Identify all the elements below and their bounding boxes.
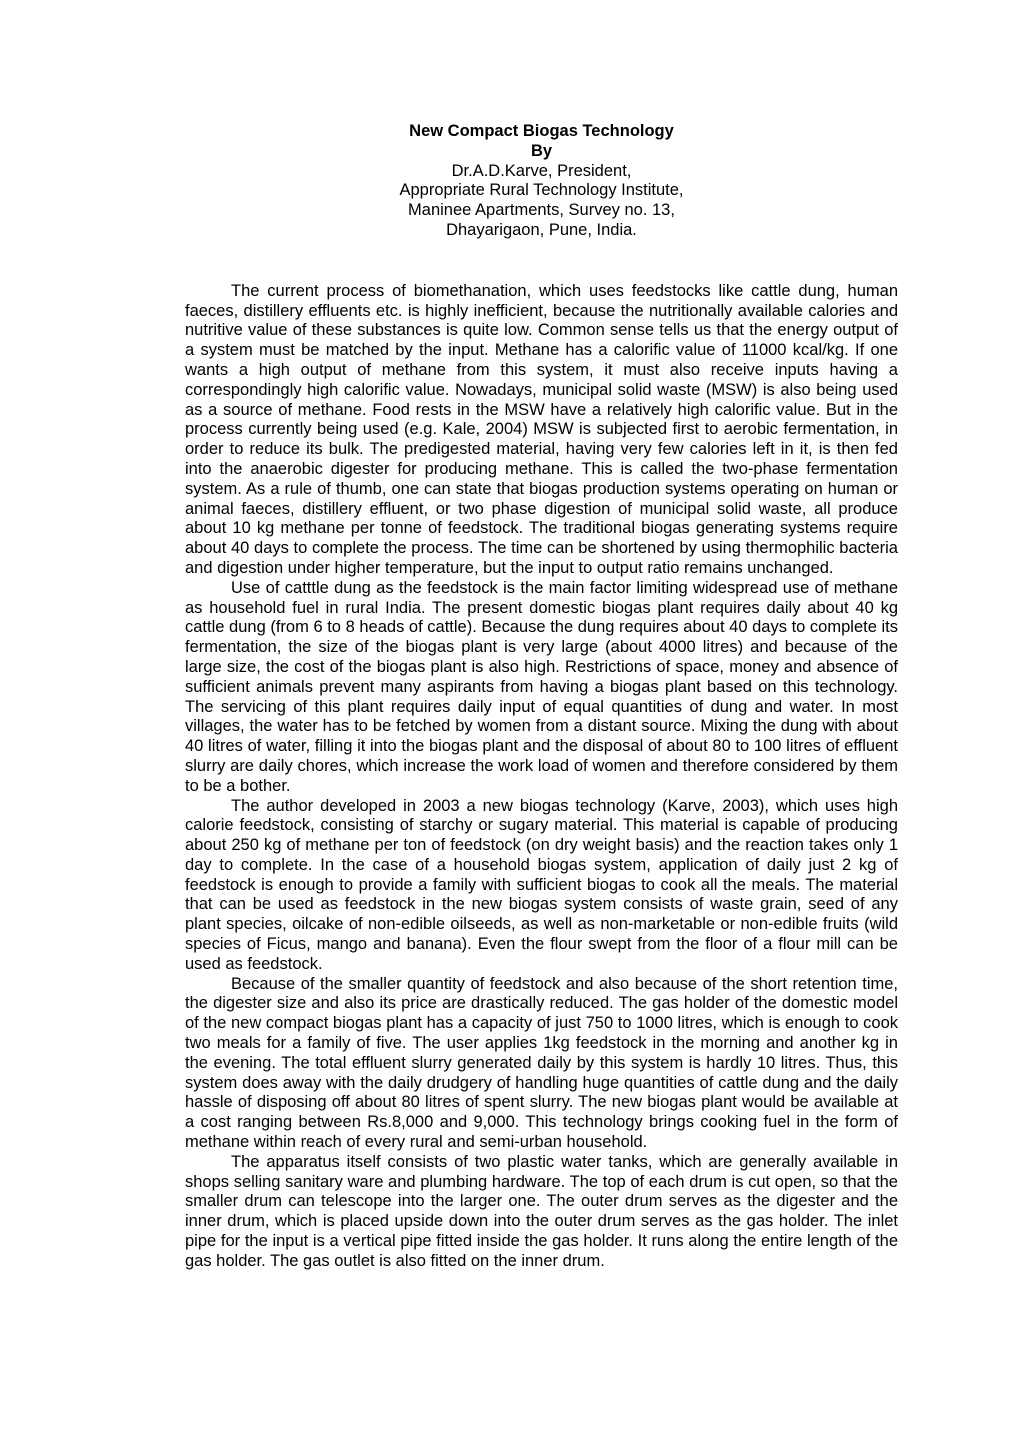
body-paragraph-1: The current process of biomethanation, w… bbox=[185, 282, 898, 579]
address-line: Maninee Apartments, Survey no. 13, bbox=[185, 201, 898, 221]
byline: By bbox=[185, 142, 898, 162]
author-line: Dr.A.D.Karve, President, bbox=[185, 162, 898, 182]
institute-line: Appropriate Rural Technology Institute, bbox=[185, 181, 898, 201]
document-content: New Compact Biogas Technology By Dr.A.D.… bbox=[185, 122, 898, 1272]
title-block: New Compact Biogas Technology By Dr.A.D.… bbox=[185, 122, 898, 241]
body-paragraph-2: Use of catttle dung as the feedstock is … bbox=[185, 579, 898, 797]
body-paragraph-4: Because of the smaller quantity of feeds… bbox=[185, 975, 898, 1153]
document-page: New Compact Biogas Technology By Dr.A.D.… bbox=[0, 0, 1020, 1443]
body-text: The current process of biomethanation, w… bbox=[185, 282, 898, 1272]
body-paragraph-3: The author developed in 2003 a new bioga… bbox=[185, 797, 898, 975]
document-title: New Compact Biogas Technology bbox=[185, 122, 898, 142]
body-paragraph-5: The apparatus itself consists of two pla… bbox=[185, 1153, 898, 1272]
city-line: Dhayarigaon, Pune, India. bbox=[185, 221, 898, 241]
